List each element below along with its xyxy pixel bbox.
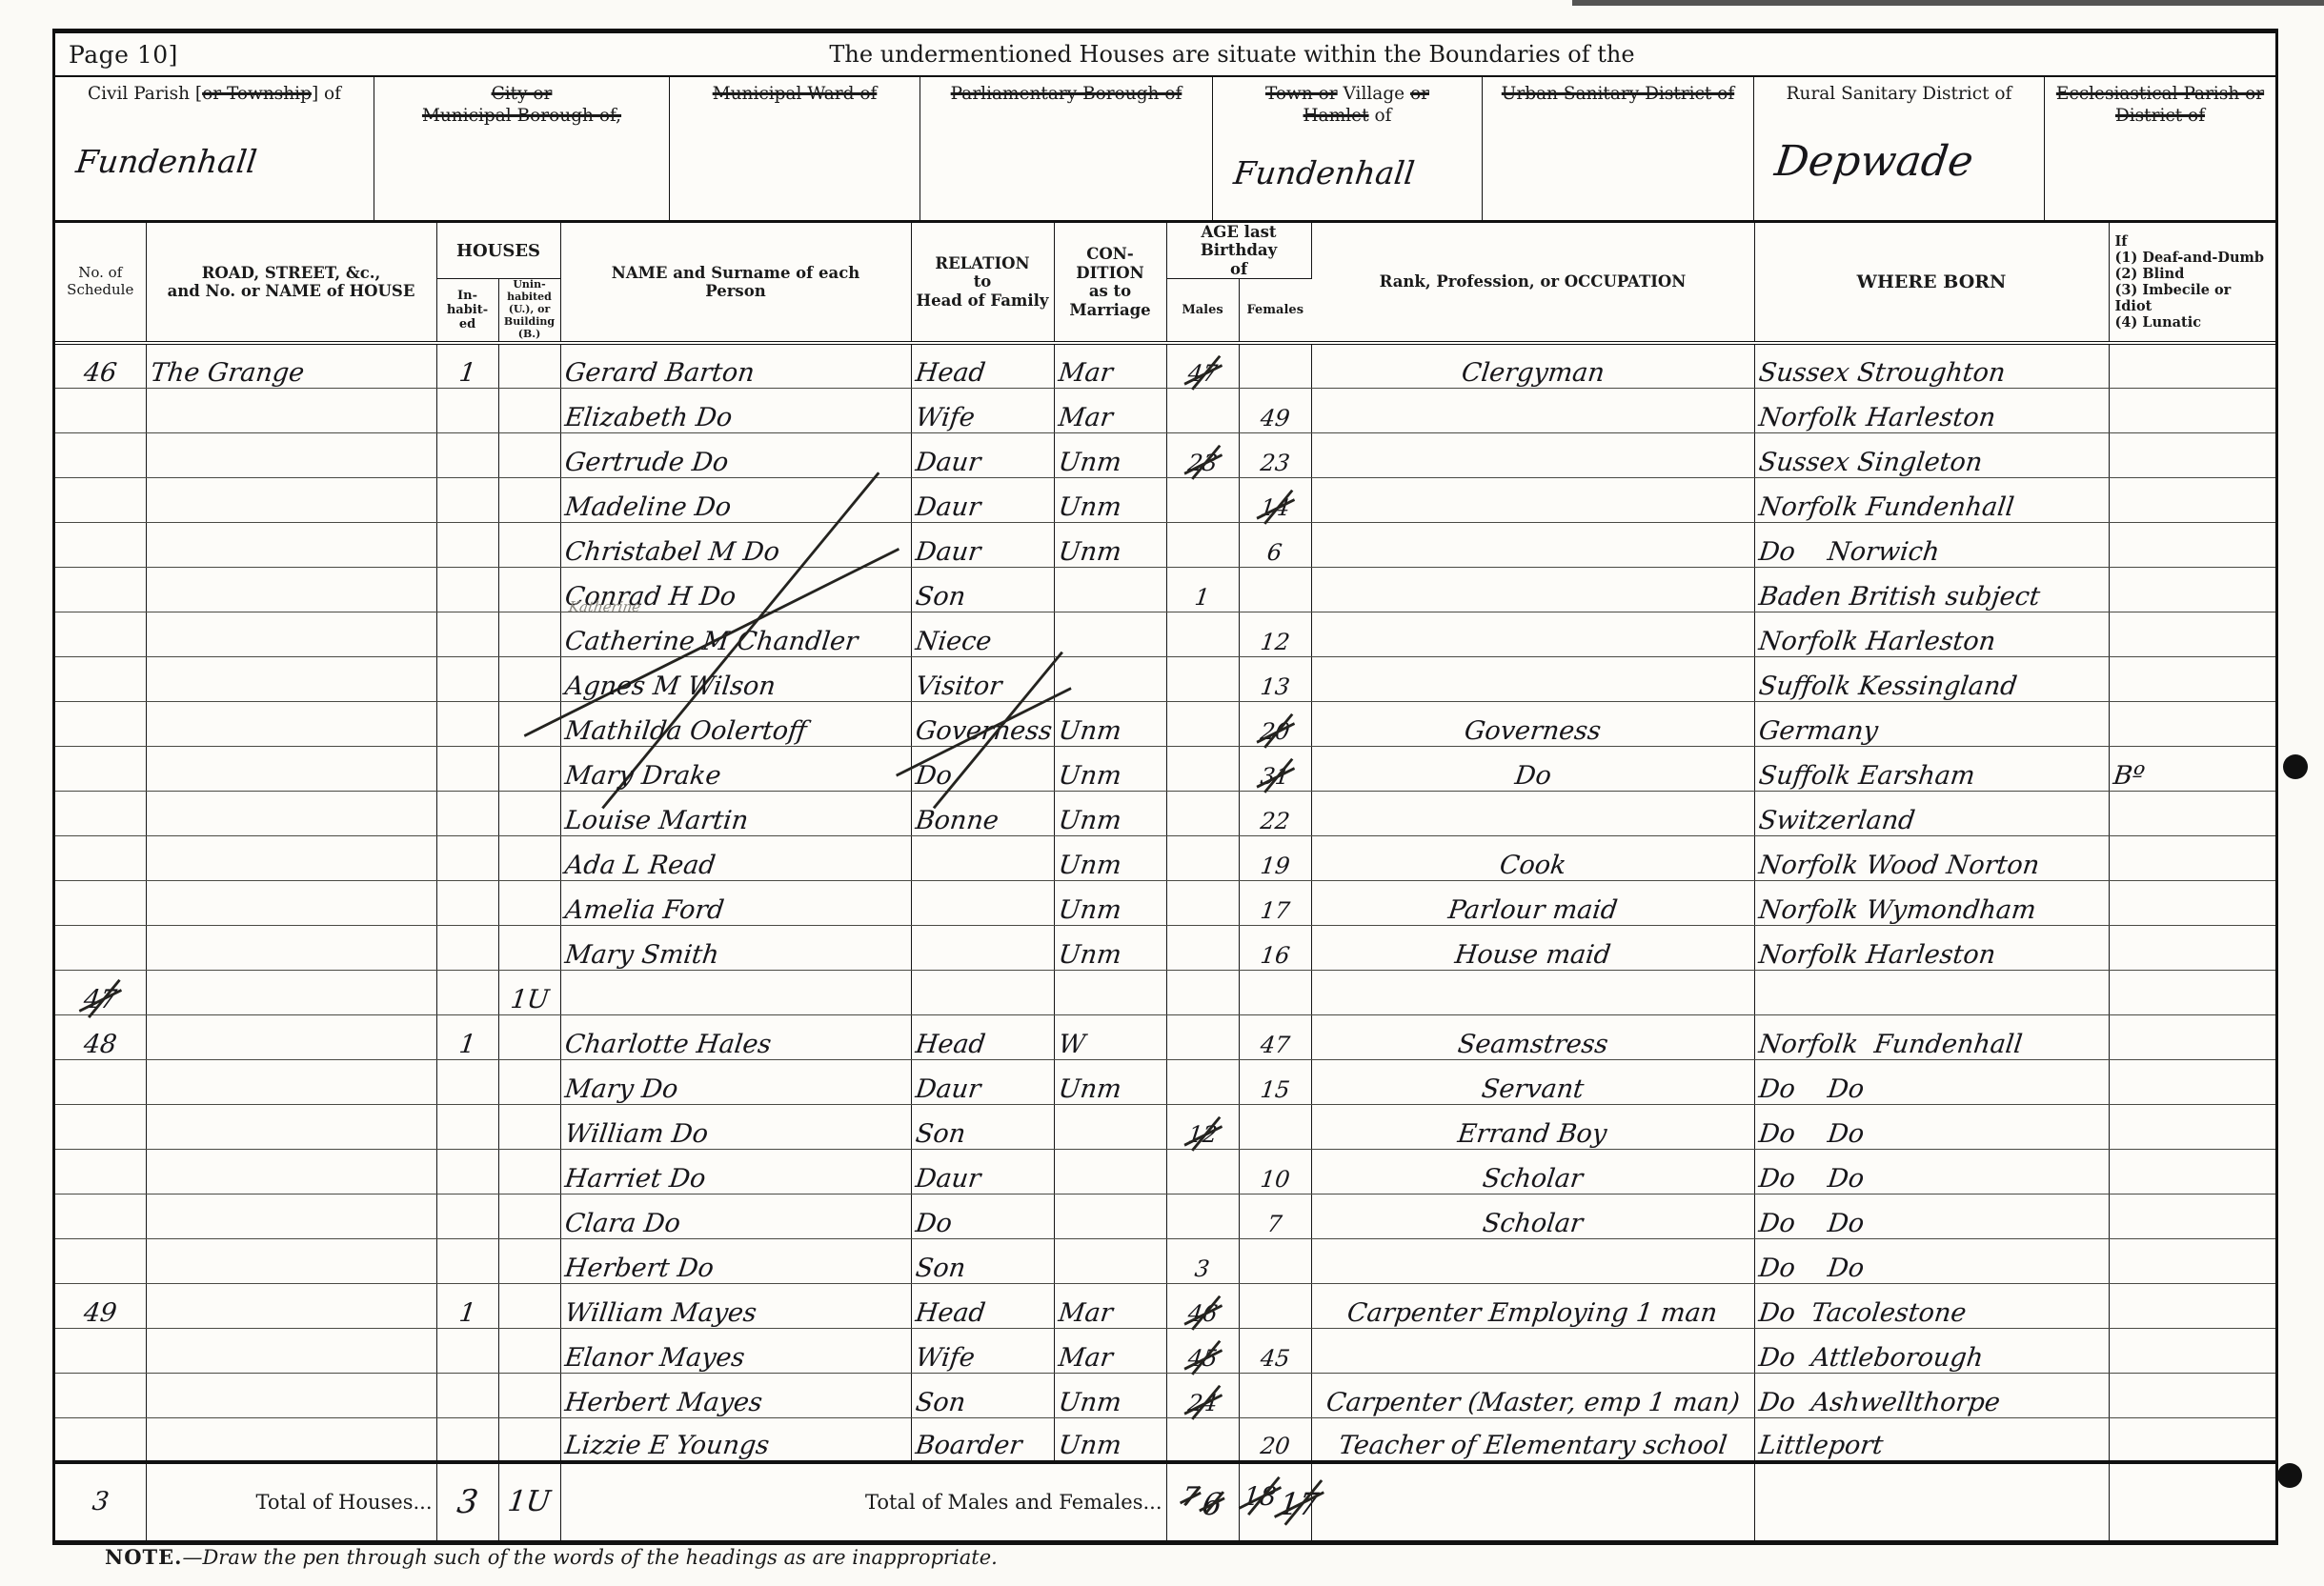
- cell-relation: Son: [911, 1238, 1054, 1283]
- cell-uninhabited: [498, 477, 560, 522]
- handwritten-entry: Norfolk Fundenhall: [1757, 1032, 2023, 1057]
- cell-name: William Mayes: [560, 1283, 911, 1328]
- cell-inhabited: [436, 970, 498, 1014]
- handwritten-entry: Madeline Do: [563, 494, 732, 520]
- handwritten-entry: Do: [914, 763, 953, 789]
- handwritten-entry: Son: [914, 584, 966, 610]
- geo-cell-town-village: Town or Village orHamlet ofFundenhall: [1213, 77, 1483, 220]
- cell-age-males: [1166, 925, 1239, 970]
- census-rows: 46The Grange1Gerard BartonHeadMar47Clerg…: [55, 343, 2275, 1462]
- cell-infirmity: [2109, 432, 2275, 477]
- cell-schedule: [55, 925, 146, 970]
- handwritten-entry: Errand Boy: [1457, 1121, 1609, 1147]
- cell-occupation: [1311, 522, 1754, 567]
- cell-age-females: [1239, 1238, 1311, 1283]
- geo-value-town-village: Fundenhall: [1221, 127, 1474, 218]
- handwritten-entry: Norfolk Wood Norton: [1757, 853, 2041, 878]
- handwritten-entry: 1: [457, 1032, 477, 1057]
- handwritten-entry: Do Ashwellthorpe: [1757, 1390, 2001, 1415]
- handwritten-entry: Mar: [1057, 360, 1114, 386]
- cell-infirmity: [2109, 1283, 2275, 1328]
- cell-inhabited: [436, 746, 498, 791]
- handwritten-entry: Son: [914, 1390, 966, 1415]
- handwritten-entry: Cook: [1498, 853, 1567, 878]
- col-schedule: No. of Schedule: [55, 223, 146, 343]
- cell-name: [560, 970, 911, 1014]
- cell-name: Elanor Mayes: [560, 1328, 911, 1373]
- handwritten-entry: Do: [1513, 763, 1552, 789]
- cell-infirmity: [2109, 567, 2275, 612]
- cell-name: Madeline Do: [560, 477, 911, 522]
- handwritten-entry: 46: [1186, 1302, 1218, 1325]
- cell-age-females: 6: [1239, 522, 1311, 567]
- cell-infirmity: [2109, 835, 2275, 880]
- cell-uninhabited: [498, 1059, 560, 1104]
- handwritten-entry: 13: [1259, 675, 1290, 698]
- cell-age-males: 23: [1166, 432, 1239, 477]
- cell-inhabited: [436, 1373, 498, 1417]
- geo-label-part: Rural Sanitary District of: [1787, 84, 2012, 104]
- handwritten-entry: Clara Do: [563, 1211, 681, 1236]
- person-row: Mary DoDaurUnm15ServantDo Do: [55, 1059, 2275, 1104]
- cell-inhabited: 1: [436, 343, 498, 388]
- cell-infirmity: [2109, 925, 2275, 970]
- cell-age-females: 45: [1239, 1328, 1311, 1373]
- cell-occupation: Servant: [1311, 1059, 1754, 1104]
- cell-relation: Daur: [911, 432, 1054, 477]
- cell-born: Norfolk Harleston: [1754, 388, 2109, 432]
- cell-age-males: [1166, 791, 1239, 835]
- cell-age-males: [1166, 1417, 1239, 1462]
- cell-age-females: 15: [1239, 1059, 1311, 1104]
- cell-age-males: [1166, 746, 1239, 791]
- cell-occupation: Parlour maid: [1311, 880, 1754, 925]
- cell-name: Louise Martin: [560, 791, 911, 835]
- geo-label-part: or: [1410, 84, 1429, 104]
- geo-label-part: Municipal Borough of,: [422, 106, 621, 126]
- cell-inhabited: [436, 522, 498, 567]
- cell-age-males: 45: [1166, 1328, 1239, 1373]
- page-number: Page 10]: [69, 41, 469, 69]
- person-row: 481Charlotte HalesHeadW47SeamstressNorfo…: [55, 1014, 2275, 1059]
- handwritten-entry: 10: [1259, 1168, 1290, 1191]
- cell-relation: [911, 970, 1054, 1014]
- footer-note-prefix: NOTE.: [105, 1545, 182, 1569]
- geo-label-part: Civil Parish [: [88, 84, 202, 104]
- handwritten-entry: Servant: [1480, 1076, 1585, 1102]
- person-row: William DoSon12Errand BoyDo Do: [55, 1104, 2275, 1149]
- geo-label-city-borough: City orMunicipal Borough of,: [382, 83, 661, 127]
- cell-relation: Head: [911, 1014, 1054, 1059]
- cell-schedule: [55, 1238, 146, 1283]
- cell-infirmity: [2109, 970, 2275, 1014]
- handwritten-entry: Daur: [914, 494, 981, 520]
- cell-relation: [911, 880, 1054, 925]
- cell-road: [146, 567, 436, 612]
- handwritten-entry: Head: [914, 1032, 986, 1057]
- cell-age-males: 24: [1166, 1373, 1239, 1417]
- cell-age-females: 14: [1239, 477, 1311, 522]
- handwritten-entry: Do: [914, 1211, 953, 1236]
- cell-road: [146, 1014, 436, 1059]
- cell-occupation: [1311, 388, 1754, 432]
- cell-age-females: 31: [1239, 746, 1311, 791]
- handwritten-entry: Amelia Ford: [563, 897, 725, 923]
- handwritten-entry: Do Do: [1757, 1255, 1865, 1281]
- cell-condition: [1054, 567, 1166, 612]
- cell-born: Suffolk Kessingland: [1754, 656, 2109, 701]
- handwritten-entry: Mar: [1057, 405, 1114, 431]
- handwritten-entry: Herbert Do: [563, 1255, 715, 1281]
- top-strip: Page 10] The undermentioned Houses are s…: [55, 33, 2275, 77]
- handwritten-entry: Do Do: [1757, 1166, 1865, 1192]
- handwritten-entry: Herbert Mayes: [563, 1390, 763, 1415]
- person-row: 471U: [55, 970, 2275, 1014]
- cell-age-females: [1239, 1104, 1311, 1149]
- geo-label-part: Ecclesiastical Parish or: [2056, 84, 2264, 104]
- geo-cell-rural-sanitary: Rural Sanitary District ofDepwade: [1754, 77, 2045, 220]
- geo-label-ecclesiastical-parish: Ecclesiastical Parish orDistrict of: [2052, 83, 2268, 127]
- handwritten-entry: Unm: [1057, 897, 1122, 923]
- cell-born: Do Tacolestone: [1754, 1283, 2109, 1328]
- cell-occupation: [1311, 656, 1754, 701]
- totals-row: 3 Total of Houses... 3 1U Total of Males…: [55, 1462, 2275, 1540]
- handwritten-entry: Parlour maid: [1446, 897, 1619, 923]
- cell-infirmity: [2109, 1104, 2275, 1149]
- cell-occupation: House maid: [1311, 925, 1754, 970]
- handwritten-entry: Sussex Singleton: [1757, 450, 1984, 475]
- handwritten-entry: 1: [457, 1300, 477, 1326]
- cell-age-males: [1166, 612, 1239, 656]
- cell-road: [146, 388, 436, 432]
- col-houses: HOUSES: [436, 223, 560, 279]
- cell-road: [146, 1104, 436, 1149]
- geo-label-part: ] of: [312, 84, 341, 104]
- cell-age-females: 20: [1239, 1417, 1311, 1462]
- geo-handwritten-value: Depwade: [1772, 137, 1976, 186]
- cell-inhabited: [436, 1328, 498, 1373]
- cell-uninhabited: [498, 1373, 560, 1417]
- person-row: Herbert MayesSonUnm24Carpenter (Master, …: [55, 1373, 2275, 1417]
- total-houses-label: Total of Houses...: [146, 1462, 436, 1540]
- cell-born: Norfolk Fundenhall: [1754, 477, 2109, 522]
- cell-name: Ada L Read: [560, 835, 911, 880]
- cell-schedule: [55, 1417, 146, 1462]
- cell-schedule: [55, 612, 146, 656]
- cell-condition: Unm: [1054, 746, 1166, 791]
- person-row: Harriet DoDaur10ScholarDo Do: [55, 1149, 2275, 1194]
- cell-name: Herbert Do: [560, 1238, 911, 1283]
- cell-schedule: [55, 656, 146, 701]
- handwritten-entry: 24: [1186, 1392, 1218, 1415]
- col-road: ROAD, STREET, &c., and No. or NAME of HO…: [146, 223, 436, 343]
- cell-condition: [1054, 656, 1166, 701]
- cell-condition: Unm: [1054, 1417, 1166, 1462]
- col-females: Females: [1239, 279, 1311, 343]
- cell-schedule: [55, 880, 146, 925]
- cell-occupation: [1311, 1238, 1754, 1283]
- cell-name: Mary Smith: [560, 925, 911, 970]
- geo-value-civil-parish: Fundenhall: [63, 105, 366, 218]
- geo-label-part: City or: [492, 84, 553, 104]
- total-inhabited: 3: [436, 1462, 498, 1540]
- handwritten-entry: Carpenter Employing 1 man: [1346, 1300, 1719, 1326]
- col-males: Males: [1166, 279, 1239, 343]
- total-females: 1817: [1239, 1462, 1311, 1540]
- handwritten-entry: Daur: [914, 450, 981, 475]
- total-uninhabited: 1U: [498, 1462, 560, 1540]
- cell-born: Do Do: [1754, 1238, 2109, 1283]
- handwritten-entry: Mary Smith: [563, 942, 720, 968]
- cell-age-males: [1166, 970, 1239, 1014]
- handwritten-entry: Unm: [1057, 1390, 1122, 1415]
- cell-inhabited: [436, 388, 498, 432]
- cell-uninhabited: [498, 388, 560, 432]
- cell-infirmity: [2109, 477, 2275, 522]
- cell-schedule: [55, 1328, 146, 1373]
- cell-inhabited: [436, 1238, 498, 1283]
- cell-inhabited: 1: [436, 1014, 498, 1059]
- cell-born: Norfolk Harleston: [1754, 612, 2109, 656]
- cell-uninhabited: 1U: [498, 970, 560, 1014]
- cell-born: Sussex Stroughton: [1754, 343, 2109, 388]
- handwritten-entry: 31: [1259, 765, 1290, 788]
- handwritten-entry: 45: [1186, 1347, 1218, 1370]
- cell-uninhabited: [498, 1417, 560, 1462]
- geo-label-part: Village: [1338, 84, 1410, 104]
- cell-infirmity: [2109, 1194, 2275, 1238]
- handwritten-entry: Norfolk Wymondham: [1757, 897, 2037, 923]
- person-row: Gertrude DoDaurUnm2323Sussex Singleton: [55, 432, 2275, 477]
- handwritten-entry: Lizzie E Youngs: [563, 1433, 770, 1458]
- cell-uninhabited: [498, 835, 560, 880]
- person-row: Ada L ReadUnm19CookNorfolk Wood Norton: [55, 835, 2275, 880]
- cell-occupation: Scholar: [1311, 1149, 1754, 1194]
- cell-age-females: 16: [1239, 925, 1311, 970]
- cell-road: [146, 656, 436, 701]
- cell-age-females: 7: [1239, 1194, 1311, 1238]
- cell-age-males: 47: [1166, 343, 1239, 388]
- person-row: 46The Grange1Gerard BartonHeadMar47Clerg…: [55, 343, 2275, 388]
- cell-inhabited: [436, 656, 498, 701]
- handwritten-entry: Norfolk Harleston: [1757, 629, 1996, 654]
- cell-condition: Unm: [1054, 432, 1166, 477]
- person-row: Elanor MayesWifeMar4545Do Attleborough: [55, 1328, 2275, 1373]
- cell-age-females: 19: [1239, 835, 1311, 880]
- cell-uninhabited: [498, 432, 560, 477]
- cell-relation: Head: [911, 343, 1054, 388]
- cell-relation: Do: [911, 746, 1054, 791]
- cell-born: Do Attleborough: [1754, 1328, 2109, 1373]
- cell-relation: Wife: [911, 1328, 1054, 1373]
- cell-infirmity: [2109, 388, 2275, 432]
- cell-occupation: Errand Boy: [1311, 1104, 1754, 1149]
- geo-label-part: Urban Sanitary District of: [1502, 84, 1734, 104]
- handwritten-entry: Unm: [1057, 808, 1122, 833]
- geo-handwritten-value: Fundenhall: [1232, 154, 1417, 191]
- cell-road: [146, 612, 436, 656]
- cell-schedule: [55, 746, 146, 791]
- cell-uninhabited: [498, 1014, 560, 1059]
- cell-born: Baden British subject: [1754, 567, 2109, 612]
- cell-schedule: [55, 701, 146, 746]
- handwritten-entry: 49: [82, 1300, 118, 1326]
- person-row: Catherine M ChandlerKatherineNiece12Norf…: [55, 612, 2275, 656]
- handwritten-entry: Mar: [1057, 1345, 1114, 1371]
- cell-infirmity: [2109, 1014, 2275, 1059]
- cell-infirmity: [2109, 343, 2275, 388]
- cell-infirmity: [2109, 880, 2275, 925]
- handwritten-entry: Unm: [1057, 718, 1122, 744]
- handwritten-entry: Wife: [914, 1345, 976, 1371]
- cell-inhabited: [436, 1059, 498, 1104]
- cell-born: Do Norwich: [1754, 522, 2109, 567]
- geo-label-part: Parliamentary Borough of: [951, 84, 1182, 104]
- cell-uninhabited: [498, 791, 560, 835]
- cell-inhabited: [436, 1149, 498, 1194]
- cell-condition: Unm: [1054, 835, 1166, 880]
- handwritten-entry: House maid: [1453, 942, 1612, 968]
- cell-relation: Son: [911, 567, 1054, 612]
- cell-inhabited: 1: [436, 1283, 498, 1328]
- cell-relation: Daur: [911, 1059, 1054, 1104]
- cell-name: William Do: [560, 1104, 911, 1149]
- cell-occupation: [1311, 567, 1754, 612]
- cell-schedule: [55, 522, 146, 567]
- cell-road: [146, 432, 436, 477]
- cell-age-females: 17: [1239, 880, 1311, 925]
- cell-road: [146, 880, 436, 925]
- cell-condition: Unm: [1054, 1373, 1166, 1417]
- cell-relation: Daur: [911, 522, 1054, 567]
- cell-name: Agnes M Wilson: [560, 656, 911, 701]
- handwritten-entry: Visitor: [914, 673, 1002, 699]
- cell-inhabited: [436, 1104, 498, 1149]
- cell-schedule: [55, 835, 146, 880]
- cell-road: [146, 925, 436, 970]
- handwritten-entry: Do Norwich: [1757, 539, 1941, 565]
- cell-name: Elizabeth Do: [560, 388, 911, 432]
- handwritten-entry: Christabel M Do: [563, 539, 780, 565]
- cell-age-females: 12: [1239, 612, 1311, 656]
- handwritten-entry: 19: [1259, 854, 1290, 877]
- cell-condition: Unm: [1054, 880, 1166, 925]
- col-relation: RELATION to Head of Family: [911, 223, 1054, 343]
- handwritten-entry: Elizabeth Do: [563, 405, 734, 431]
- cell-born: [1754, 970, 2109, 1014]
- cell-condition: [1054, 1104, 1166, 1149]
- cell-relation: Wife: [911, 388, 1054, 432]
- cell-relation: Son: [911, 1104, 1054, 1149]
- cell-relation: Niece: [911, 612, 1054, 656]
- cell-road: [146, 477, 436, 522]
- handwritten-entry: William Do: [563, 1121, 709, 1147]
- cell-occupation: Cook: [1311, 835, 1754, 880]
- handwritten-entry: 23: [1186, 452, 1218, 474]
- person-row: Agnes M WilsonVisitor13Suffolk Kessingla…: [55, 656, 2275, 701]
- cell-condition: Unm: [1054, 791, 1166, 835]
- handwritten-entry: 16: [1259, 944, 1290, 967]
- handwritten-entry: Do Tacolestone: [1757, 1300, 1968, 1326]
- geo-cell-parliamentary-borough: Parliamentary Borough of: [920, 77, 1213, 220]
- geo-label-municipal-ward: Municipal Ward of: [677, 83, 912, 105]
- handwritten-entry: Teacher of Elementary school: [1337, 1433, 1728, 1458]
- col-inhabited: In- habit- ed: [436, 279, 498, 343]
- total-males-females-label: Total of Males and Females...: [560, 1462, 1166, 1540]
- handwritten-entry: Baden British subject: [1757, 584, 2041, 610]
- cell-occupation: Scholar: [1311, 1194, 1754, 1238]
- handwritten-entry: 23: [1259, 452, 1290, 474]
- cell-age-males: 3: [1166, 1238, 1239, 1283]
- cell-relation: Bonne: [911, 791, 1054, 835]
- cell-inhabited: [436, 1194, 498, 1238]
- handwritten-entry: William Mayes: [563, 1300, 758, 1326]
- handwritten-entry: Ada L Read: [563, 853, 717, 878]
- cell-road: [146, 522, 436, 567]
- cell-condition: Mar: [1054, 343, 1166, 388]
- cell-condition: Mar: [1054, 1328, 1166, 1373]
- cell-condition: [1054, 612, 1166, 656]
- handwritten-entry: Scholar: [1481, 1211, 1584, 1236]
- cell-age-males: 1: [1166, 567, 1239, 612]
- cell-infirmity: [2109, 522, 2275, 567]
- cell-condition: [1054, 1238, 1166, 1283]
- handwritten-entry: Son: [914, 1255, 966, 1281]
- cell-infirmity: [2109, 656, 2275, 701]
- handwritten-entry: 45: [1259, 1347, 1290, 1370]
- cell-name: Mathilda Oolertoff: [560, 701, 911, 746]
- cell-infirmity: Bº: [2109, 746, 2275, 791]
- cell-condition: Unm: [1054, 477, 1166, 522]
- cell-age-females: 23: [1239, 432, 1311, 477]
- cell-road: [146, 701, 436, 746]
- form-title: The undermentioned Houses are situate wi…: [469, 41, 2262, 68]
- cell-born: Do Do: [1754, 1104, 2109, 1149]
- cell-schedule: [55, 1373, 146, 1417]
- cell-age-males: [1166, 1194, 1239, 1238]
- cell-occupation: Carpenter Employing 1 man: [1311, 1283, 1754, 1328]
- cell-born: Switzerland: [1754, 791, 2109, 835]
- cell-road: [146, 1059, 436, 1104]
- handwritten-entry: 20: [1259, 1435, 1290, 1457]
- handwritten-entry: Gertrude Do: [563, 450, 730, 475]
- cell-condition: Mar: [1054, 1283, 1166, 1328]
- cell-inhabited: [436, 791, 498, 835]
- cell-born: Sussex Singleton: [1754, 432, 2109, 477]
- col-born: WHERE BORN: [1754, 223, 2109, 343]
- cell-infirmity: [2109, 1149, 2275, 1194]
- totals-section: 3 Total of Houses... 3 1U Total of Males…: [55, 1462, 2275, 1540]
- cell-name: Amelia Ford: [560, 880, 911, 925]
- handwritten-entry: 7: [1266, 1213, 1283, 1235]
- person-row: Amelia FordUnm17Parlour maidNorfolk Wymo…: [55, 880, 2275, 925]
- cell-road: [146, 835, 436, 880]
- geo-label-part: Town or: [1265, 84, 1338, 104]
- person-row: Mathilda OolertoffGovernessUnm20Governes…: [55, 701, 2275, 746]
- cell-schedule: [55, 791, 146, 835]
- cell-name: Gertrude Do: [560, 432, 911, 477]
- handwritten-entry: Head: [914, 360, 986, 386]
- cell-inhabited: [436, 880, 498, 925]
- cell-relation: Daur: [911, 477, 1054, 522]
- handwritten-entry: Sussex Stroughton: [1757, 360, 2007, 386]
- geo-value-city-borough: [382, 127, 661, 218]
- geo-label-parliamentary-borough: Parliamentary Borough of: [928, 83, 1204, 105]
- handwritten-entry: 1: [457, 360, 477, 386]
- handwritten-entry: Switzerland: [1757, 808, 1916, 833]
- handwritten-entry: 12: [1186, 1123, 1218, 1146]
- cell-road: [146, 1417, 436, 1462]
